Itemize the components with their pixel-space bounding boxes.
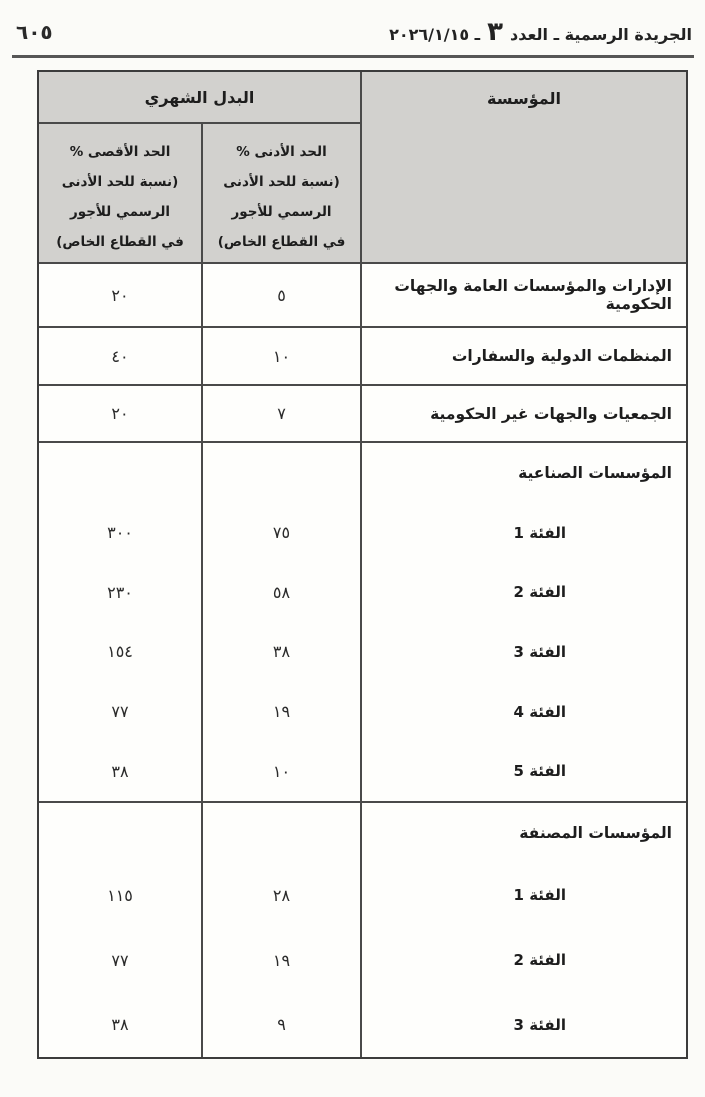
min-allowance-value: ٥٨ [203,563,360,623]
max-limit-sub3: في القطاع الخاص) [56,227,184,257]
category-label: الفئة 3 [362,992,686,1057]
institution-header: المؤسسة [362,72,686,124]
min-allowance-value: ١٠ [203,328,362,386]
category-label: الفئة 4 [362,682,686,742]
max-limit-sub1: (نسبة للحد الأدنى [62,167,179,197]
table-row: ٢٠ ٧ الجمعيات والجهات غير الحكومية [39,386,686,443]
institution-name: الإدارات والمؤسسات العامة والجهات الحكوم… [362,264,686,328]
section-title: المؤسسات الصناعية [362,443,686,503]
masthead-rule [12,55,694,58]
max-allowance-value: ٢٣٠ [39,563,201,623]
min-allowance-value: ٥ [203,264,362,328]
table-header-row: البدل الشهري المؤسسة [39,72,686,124]
min-allowance-value: ١٩ [203,928,360,993]
table-row: ٤٠ ١٠ المنظمات الدولية والسفارات [39,328,686,386]
page-number: ٦٠٥ [16,20,53,44]
category-label: الفئة 3 [362,622,686,682]
institution-header-merged [362,124,686,264]
section-row-classified: ١١٥ ٧٧ ٣٨ ٢٨ ١٩ ٩ المؤسسات المصنفة الفئة… [39,803,686,1057]
max-allowance-value: ٤٠ [39,328,203,386]
min-limit-sub1: (نسبة للحد الأدنى [223,167,340,197]
max-allowance-value: ٢٠ [39,264,203,328]
table-subheader-row: الحد الأقصى % (نسبة للحد الأدنى الرسمي ل… [39,124,686,264]
issue-number: ٣ [487,23,503,41]
spacer [39,803,201,863]
section-row-industrial: ٣٠٠ ٢٣٠ ١٥٤ ٧٧ ٣٨ ٧٥ ٥٨ ٣٨ ١٩ ١٠ المؤسسا… [39,443,686,803]
monthly-allowance-header: البدل الشهري [39,72,362,124]
allowance-table: البدل الشهري المؤسسة الحد الأقصى % (نسبة… [37,70,688,1059]
max-limit-title: الحد الأقصى % [70,137,171,167]
category-label: الفئة 5 [362,741,686,801]
max-allowance-value: ١٥٤ [39,622,201,682]
institution-column: المؤسسات المصنفة الفئة 1 الفئة 2 الفئة 3 [362,803,686,1057]
institution-column: المؤسسات الصناعية الفئة 1 الفئة 2 الفئة … [362,443,686,803]
journal-title: الجريدة الرسمية ـ العدد ٣ ـ ٢٠٢٦/١/١٥ [389,23,692,44]
max-allowance-value: ٧٧ [39,682,201,742]
masthead: ٦٠٥ الجريدة الرسمية ـ العدد ٣ ـ ٢٠٢٦/١/١… [16,20,692,44]
min-allowance-value: ١٠ [203,741,360,801]
min-allowance-value: ٣٨ [203,622,360,682]
spacer [203,803,360,863]
min-values-column: ٢٨ ١٩ ٩ [203,803,362,1057]
institution-name: الجمعيات والجهات غير الحكومية [362,386,686,443]
spacer [203,443,360,503]
category-label: الفئة 1 [362,863,686,928]
institution-name: المنظمات الدولية والسفارات [362,328,686,386]
max-values-column: ١١٥ ٧٧ ٣٨ [39,803,203,1057]
table-row: ٢٠ ٥ الإدارات والمؤسسات العامة والجهات ا… [39,264,686,328]
category-label: الفئة 2 [362,563,686,623]
max-allowance-value: ٣٨ [39,741,201,801]
min-allowance-value: ١٩ [203,682,360,742]
max-allowance-value: ٢٠ [39,386,203,443]
min-allowance-value: ٩ [203,992,360,1057]
max-allowance-value: ٣٠٠ [39,503,201,563]
min-allowance-value: ٢٨ [203,863,360,928]
max-allowance-value: ١١٥ [39,863,201,928]
spacer [39,443,201,503]
max-limit-sub2: الرسمي للأجور [70,197,170,227]
min-limit-title: الحد الأدنى % [236,137,327,167]
min-limit-header: الحد الأدنى % (نسبة للحد الأدنى الرسمي ل… [203,124,362,264]
section-title: المؤسسات المصنفة [362,803,686,863]
max-allowance-value: ٣٨ [39,992,201,1057]
journal-title-prefix: الجريدة الرسمية ـ العدد [510,25,692,44]
min-allowance-value: ٧٥ [203,503,360,563]
max-allowance-value: ٧٧ [39,928,201,993]
min-limit-sub2: الرسمي للأجور [231,197,331,227]
max-limit-header: الحد الأقصى % (نسبة للحد الأدنى الرسمي ل… [39,124,203,264]
max-values-column: ٣٠٠ ٢٣٠ ١٥٤ ٧٧ ٣٨ [39,443,203,803]
category-label: الفئة 1 [362,503,686,563]
min-allowance-value: ٧ [203,386,362,443]
category-label: الفئة 2 [362,928,686,993]
min-limit-sub3: في القطاع الخاص) [218,227,346,257]
journal-date: ـ ٢٠٢٦/١/١٥ [389,25,480,44]
min-values-column: ٧٥ ٥٨ ٣٨ ١٩ ١٠ [203,443,362,803]
gazette-page: ٦٠٥ الجريدة الرسمية ـ العدد ٣ ـ ٢٠٢٦/١/١… [0,0,705,1097]
